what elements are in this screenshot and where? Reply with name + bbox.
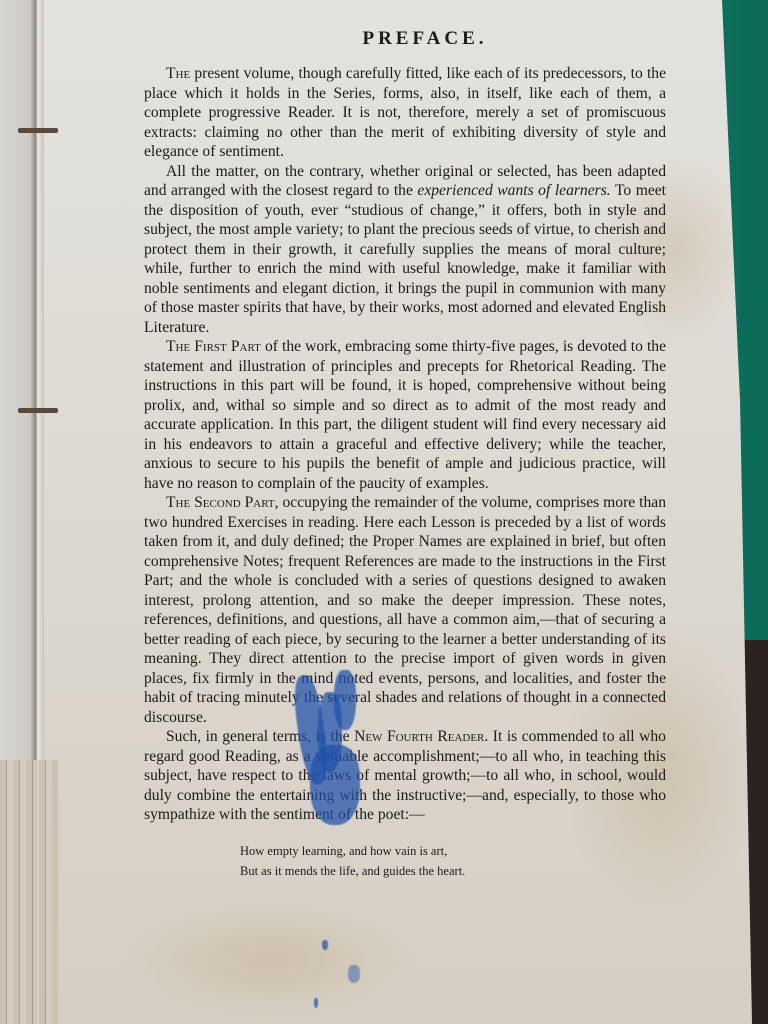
poem-line-2: But as it mends the life, and guides the… [240, 861, 666, 881]
ink-drop [322, 940, 328, 950]
paragraph-1: The present volume, though carefully fit… [144, 64, 666, 162]
age-stain [120, 900, 420, 1020]
paragraph-text: , occupying the remainder of the volume,… [144, 494, 666, 726]
paragraph-4: The Second Part, occupying the remainder… [144, 493, 666, 727]
poem-line-1: How empty learning, and how vain is art, [240, 841, 666, 861]
lead-small-caps: The First Part [166, 338, 261, 355]
book-title-small-caps: New Fourth Reader. [354, 728, 488, 745]
binding-stitch [18, 408, 58, 413]
page-title: PREFACE. [184, 28, 666, 50]
paragraph-5: Such, in general terms, is the New Fourt… [144, 727, 666, 825]
preface-text: PREFACE. The present volume, though care… [144, 28, 666, 881]
italic-phrase: experienced wants of learners. [417, 182, 610, 199]
ink-stain [310, 745, 360, 825]
ink-stain [334, 670, 356, 730]
binding-stitch [18, 128, 58, 133]
paragraph-text: present volume, though carefully fitted,… [144, 65, 666, 160]
paragraph-2: All the matter, on the contrary, whether… [144, 162, 666, 338]
ink-drop [314, 998, 318, 1008]
poem-quote: How empty learning, and how vain is art,… [240, 841, 666, 881]
lead-small-caps: The Second Part [166, 494, 275, 511]
ink-drop [348, 965, 360, 983]
paragraph-3: The First Part of the work, embracing so… [144, 337, 666, 493]
paragraph-text: of the work, embracing some thirty-five … [144, 338, 666, 492]
lead-small-caps: The [166, 65, 190, 82]
paragraph-text: To meet the disposition of youth, ever “… [144, 182, 666, 336]
torn-binding-edge [0, 760, 58, 1024]
